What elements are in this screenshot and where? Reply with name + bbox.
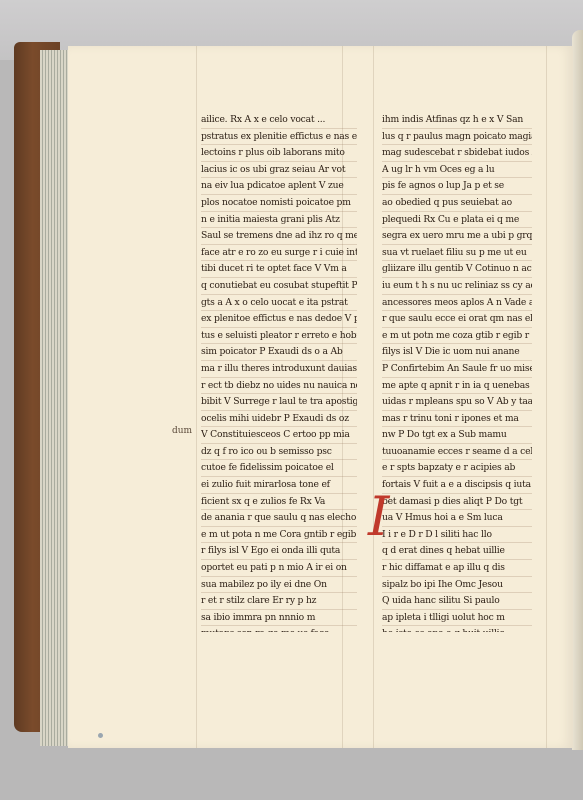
- text-line: V Constituiesceos C ertoo pp mia: [201, 427, 357, 444]
- margin-rule: [196, 46, 197, 748]
- text-line: lectoins r plus oib laborans mito: [201, 145, 357, 162]
- text-line: tus e seluisti pleator r erreto e hobil: [201, 328, 357, 345]
- text-line: I i r e D r D l siliti hac llo: [382, 527, 532, 544]
- text-line: mutaps sen ro go me us face: [201, 626, 357, 632]
- text-line: ihm indis Atfinas qz h e x V San: [382, 112, 532, 129]
- text-line: Q uida hanc silitu Si paulo: [382, 593, 532, 610]
- text-line: P Confirtebim An Saule fr uo mise: [382, 361, 532, 378]
- text-line: na eiv lua pdicatoe aplent V zue: [201, 178, 357, 195]
- text-line: ocelis mihi uidebr P Exaudi ds oz: [201, 411, 357, 428]
- text-line: sa ibio immra pn nnnio m: [201, 610, 357, 627]
- text-line: cutoe fe fidelissim poicatoe el: [201, 460, 357, 477]
- text-line: pis fe agnos o lup Ja p et se: [382, 178, 532, 195]
- text-line: ap ipleta i tlligi uolut hoc m: [382, 610, 532, 627]
- text-line: bet damasi p dies aliqt P Do tgt: [382, 494, 532, 511]
- text-line: r ect tb diebz no uides nu nauica nc: [201, 378, 357, 395]
- text-line: plequedi Rx Cu e plata ei q me: [382, 212, 532, 229]
- text-line: r filys isl V Ego ei onda illi quta: [201, 543, 357, 560]
- text-line: e r spts bapzaty e r acipies ab: [382, 460, 532, 477]
- text-line: ma r illu theres introduxunt dauiasi: [201, 361, 357, 378]
- text-line: mas r trinu toni r ipones et ma: [382, 411, 532, 428]
- text-line: r et r stilz clare Er ry p hz: [201, 593, 357, 610]
- margin-rule: [373, 46, 374, 748]
- page-edges: [40, 50, 70, 746]
- text-line: n e initia maiesta grani plis Atz: [201, 212, 357, 229]
- text-line: uidas r mpleans spu so V Ab y taa: [382, 394, 532, 411]
- facing-page-edge: [572, 30, 583, 750]
- text-line: oportet eu pati p n mio A ir ei on: [201, 560, 357, 577]
- marginal-note: dum: [172, 426, 192, 436]
- text-line: bibit V Surrege r laul te tra apostig: [201, 394, 357, 411]
- text-line: tibi ducet ri te optet face V Vm a: [201, 261, 357, 278]
- text-line: e m ut potn me coza gtib r egib r: [382, 328, 532, 345]
- text-line: tuuoanamie ecces r seame d a celis: [382, 444, 532, 461]
- text-line: q d erat dines q hebat uillie: [382, 543, 532, 560]
- text-line: ho iste os ope e q huit uillic: [382, 626, 532, 632]
- text-line: sua mabilez po ily ei dne On: [201, 577, 357, 594]
- text-line: sipalz bo ipi Ihe Omc Jesou: [382, 577, 532, 594]
- text-line: pstratus ex plenitie effictus e nas e: [201, 129, 357, 146]
- text-line: ao obedied q pus seuiebat ao: [382, 195, 532, 212]
- text-line: A ug lr h vm Oces eg a lu: [382, 162, 532, 179]
- text-line: iu eum t h s nu uc reliniaz ss cy ad: [382, 278, 532, 295]
- text-line: lacius ic os ubi graz seiau Ar vot: [201, 162, 357, 179]
- right-text-column: ihm indis Atfinas qz h e x V Sanlus q r …: [382, 112, 532, 632]
- text-line: Saul se tremens dne ad ihz ro q me: [201, 228, 357, 245]
- text-line: q conutiebat eu cosubat stupeftit P os: [201, 278, 357, 295]
- text-line: nw P Do tgt ex a Sub mamu: [382, 427, 532, 444]
- text-line: lus q r paulus magn poicato magiac: [382, 129, 532, 146]
- text-line: de anania r que saulu q nas elecho: [201, 510, 357, 527]
- text-line: face atr e ro zo eu surge r i cuie intr: [201, 245, 357, 262]
- text-line: fortais V fuit a e a discipsis q iuta: [382, 477, 532, 494]
- text-line: segra ex uero mru me a ubi p grq: [382, 228, 532, 245]
- text-line: ancessores meos aplos A n Vade anania: [382, 295, 532, 312]
- text-line: sua vt ruelaet filiu su p me ut eu: [382, 245, 532, 262]
- text-line: filys isl V Die ic uom nui anane: [382, 344, 532, 361]
- text-line: ex plenitoe effictus e nas dedoe V pst: [201, 311, 357, 328]
- text-line: r que saulu ecce ei orat qm nas electi: [382, 311, 532, 328]
- red-initial-I: I: [368, 490, 389, 544]
- text-line: dz q f ro ico ou b semisso psc: [201, 444, 357, 461]
- text-line: sim poicator P Exaudi ds o a Ab: [201, 344, 357, 361]
- text-line: gts a A x o celo uocat e ita pstrat: [201, 295, 357, 312]
- text-line: r hic diffamat e ap illu q dis: [382, 560, 532, 577]
- blue-spot: [98, 733, 103, 738]
- text-line: plos nocatoe nomisti poicatoe pm: [201, 195, 357, 212]
- text-line: e m ut pota n me Cora gntib r egib: [201, 527, 357, 544]
- text-line: ailice. Rx A x e celo vocat ...: [201, 112, 357, 129]
- text-line: ua V Hmus hoi a e Sm luca: [382, 510, 532, 527]
- text-line: gliizare illu gentib V Cotinuo n acqe: [382, 261, 532, 278]
- text-line: ei zulio fuit mirarlosa tone ef: [201, 477, 357, 494]
- text-line: me apte q apnit r in ia q uenebas ut: [382, 378, 532, 395]
- text-line: mag sudescebat r sbidebat iudos Af: [382, 145, 532, 162]
- text-line: ficient sx q e zulios fe Rx Va: [201, 494, 357, 511]
- margin-rule: [546, 46, 547, 748]
- left-text-column: ailice. Rx A x e celo vocat ...pstratus …: [201, 112, 357, 632]
